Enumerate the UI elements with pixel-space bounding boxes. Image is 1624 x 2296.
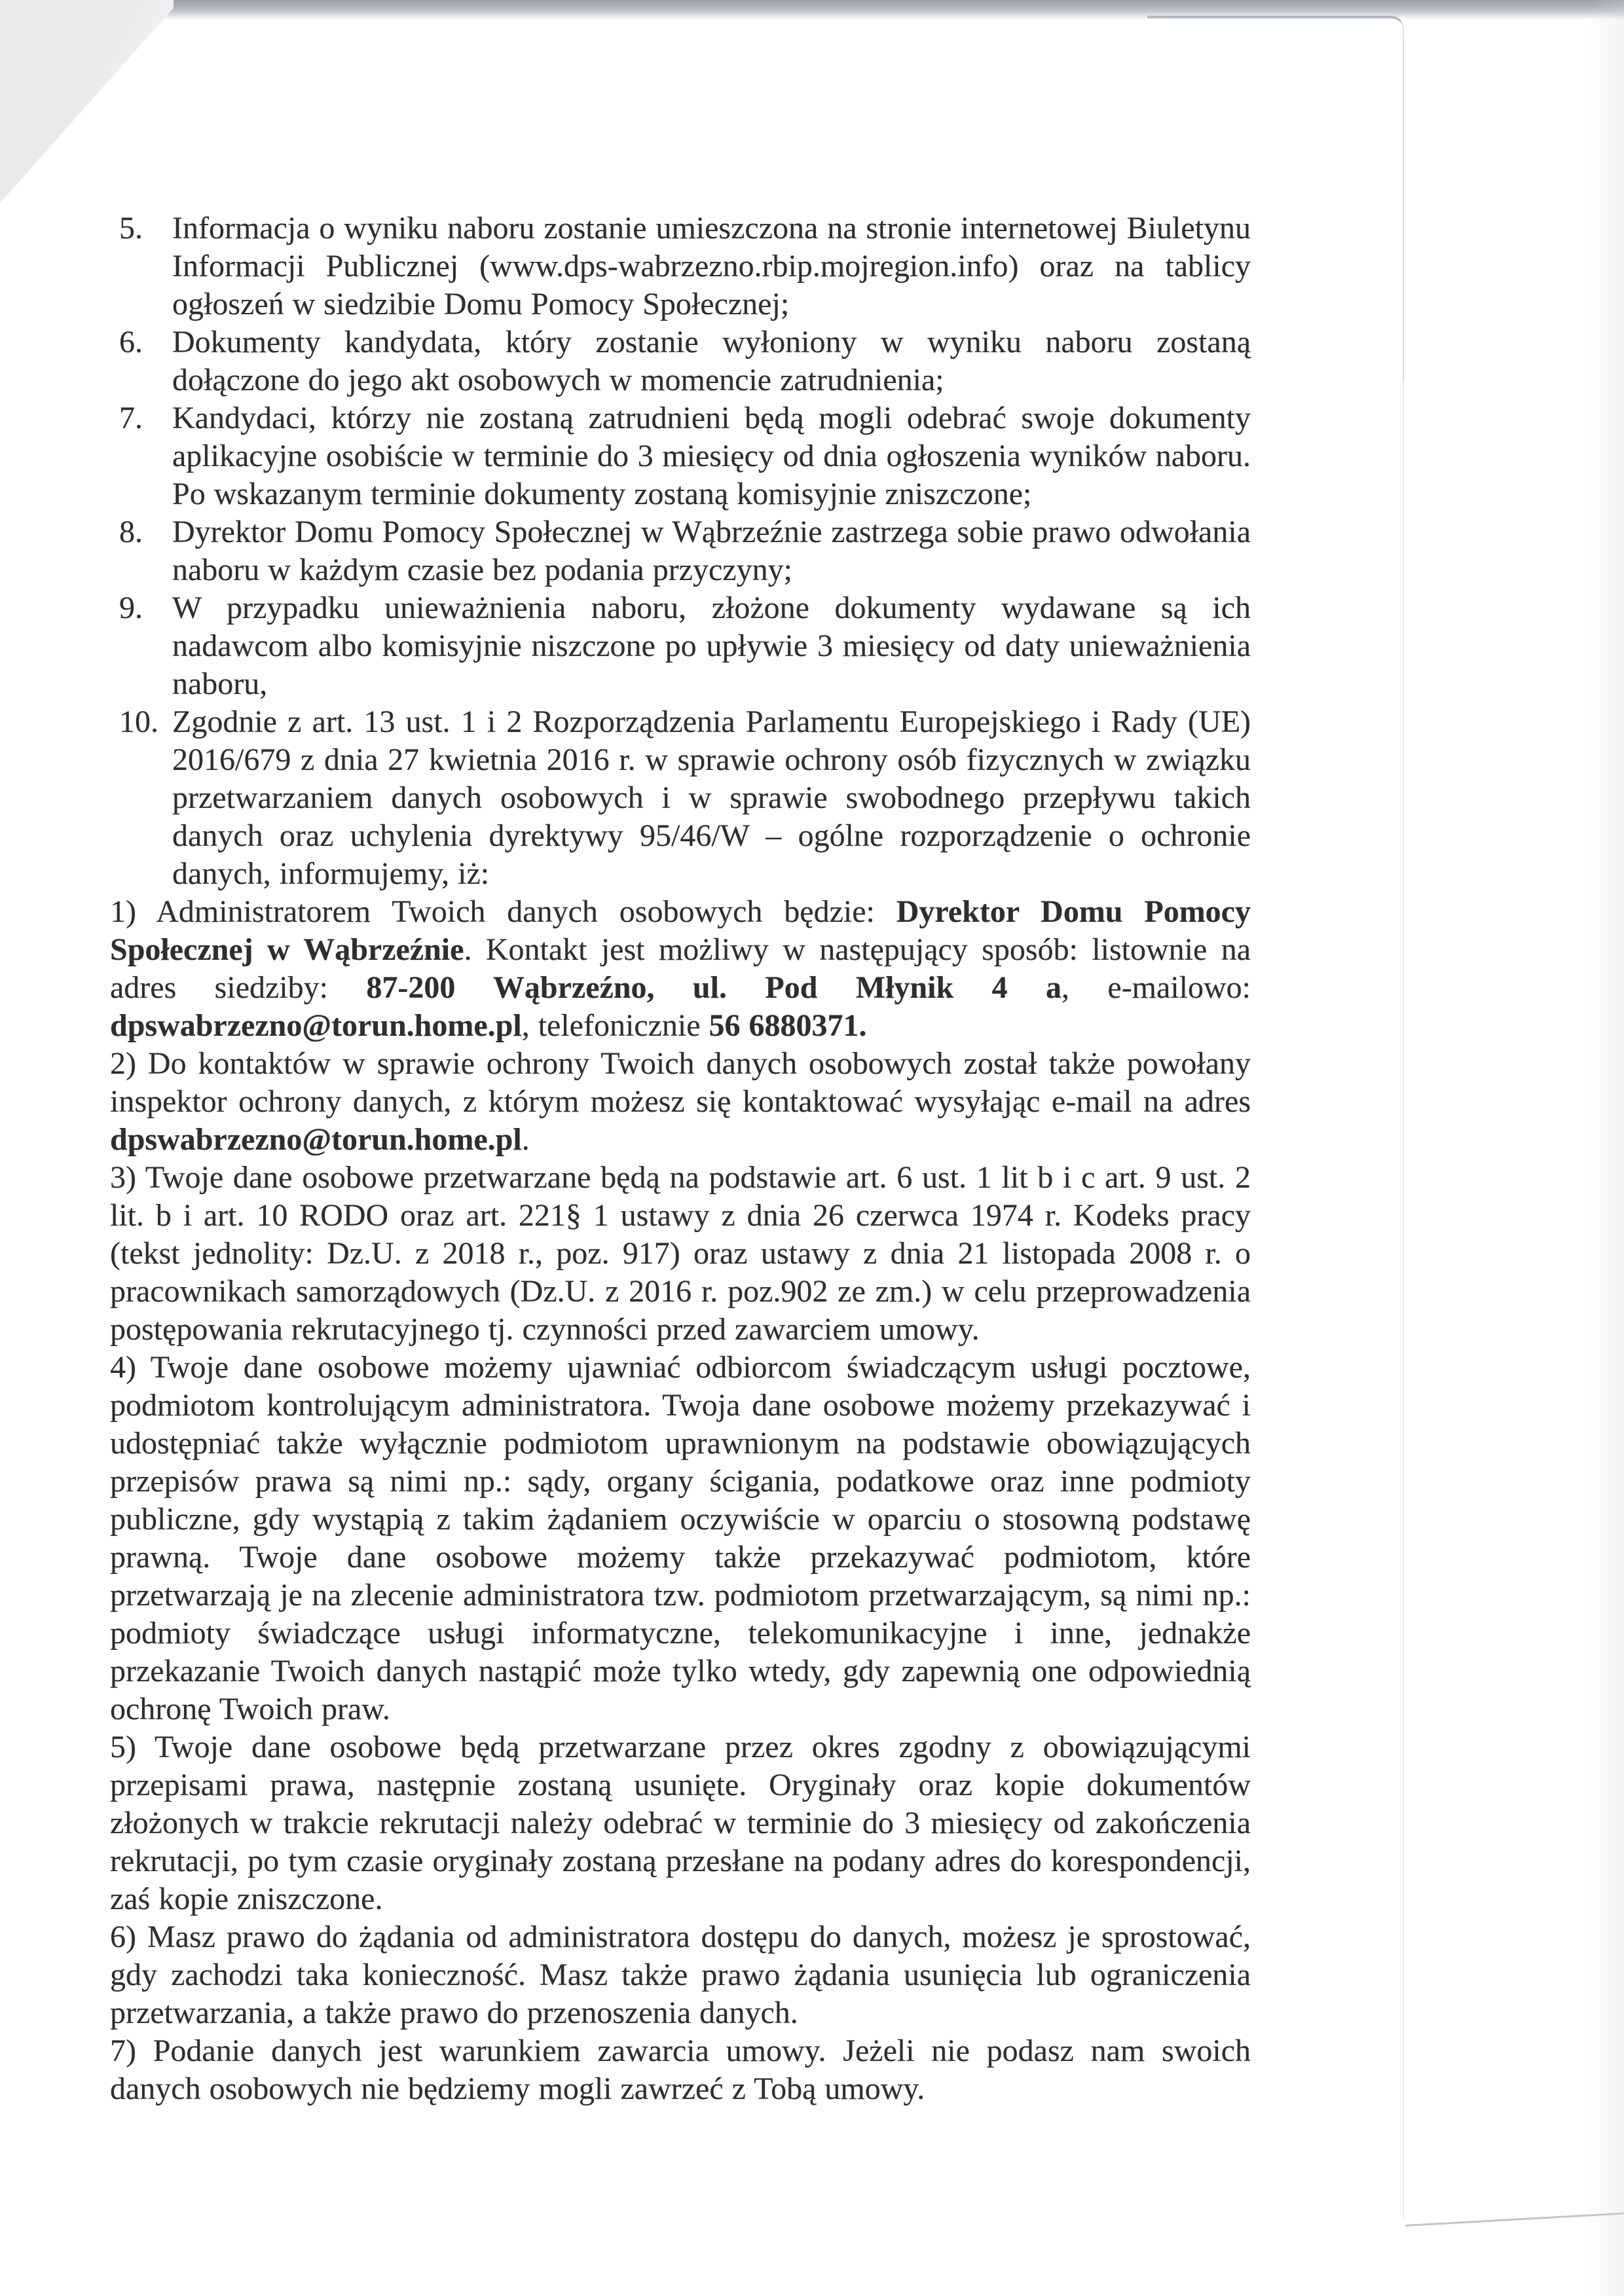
list-item: 8.Dyrektor Domu Pomocy Społecznej w Wąbr… <box>110 513 1251 589</box>
text-segment: 3) Twoje dane osobowe przetwarzane będą … <box>110 1160 1251 1347</box>
list-item-text: W przypadku unieważnienia naboru, złożon… <box>172 589 1251 703</box>
list-item-marker: 7. <box>110 399 172 513</box>
scan-artifact-sheet-edge-line <box>1403 39 1404 2219</box>
text-segment: dpswabrzezno@torun.home.pl <box>110 1122 522 1157</box>
text-segment: 1) Administratorem Twoich danych osobowy… <box>110 894 896 929</box>
text-segment: 56 6880371. <box>709 1008 867 1043</box>
paragraph: 6) Masz prawo do żądania od administrato… <box>110 1918 1251 2032</box>
list-item: 6.Dokumenty kandydata, który zostanie wy… <box>110 323 1251 399</box>
paragraph-list: 1) Administratorem Twoich danych osobowy… <box>110 893 1251 2108</box>
paragraph: 3) Twoje dane osobowe przetwarzane będą … <box>110 1159 1251 1349</box>
paragraph: 1) Administratorem Twoich danych osobowy… <box>110 893 1251 1045</box>
text-segment: 5) Twoje dane osobowe będą przetwarzane … <box>110 1730 1251 1916</box>
text-segment: , telefonicznie <box>522 1008 709 1043</box>
list-item-text: Kandydaci, którzy nie zostaną zatrudnien… <box>172 399 1251 513</box>
paragraph: 4) Twoje dane osobowe możemy ujawniać od… <box>110 1349 1251 1728</box>
text-segment: , e-mailowo: <box>1061 970 1251 1005</box>
list-item-text: Informacja o wyniku naboru zostanie umie… <box>172 210 1251 323</box>
list-item: 5.Informacja o wyniku naboru zostanie um… <box>110 210 1251 323</box>
document-body: 5.Informacja o wyniku naboru zostanie um… <box>110 210 1251 2108</box>
list-item-marker: 9. <box>110 589 172 703</box>
list-item: 7.Kandydaci, którzy nie zostaną zatrudni… <box>110 399 1251 513</box>
text-segment: 4) Twoje dane osobowe możemy ujawniać od… <box>110 1350 1251 1726</box>
list-item-text: Dokumenty kandydata, który zostanie wyło… <box>172 323 1251 399</box>
numbered-list: 5.Informacja o wyniku naboru zostanie um… <box>110 210 1251 893</box>
paragraph: 7) Podanie danych jest warunkiem zawarci… <box>110 2032 1251 2108</box>
list-item-marker: 5. <box>110 210 172 323</box>
list-item: 9.W przypadku unieważnienia naboru, złoż… <box>110 589 1251 703</box>
text-segment: 2) Do kontaktów w sprawie ochrony Twoich… <box>110 1046 1251 1119</box>
list-item-text: Dyrektor Domu Pomocy Społecznej w Wąbrze… <box>172 513 1251 589</box>
text-segment: . <box>522 1122 530 1157</box>
list-item: 10.Zgodnie z art. 13 ust. 1 i 2 Rozporzą… <box>110 703 1251 893</box>
scan-artifact-right-shade <box>1588 0 1624 2296</box>
list-item-marker: 8. <box>110 513 172 589</box>
scanned-page: { "document": { "numbered_items": [ { "m… <box>0 0 1624 2296</box>
text-segment: 7) Podanie danych jest warunkiem zawarci… <box>110 2033 1251 2106</box>
text-segment: 6) Masz prawo do żądania od administrato… <box>110 1920 1251 2030</box>
text-segment: 87-200 Wąbrzeźno, ul. Pod Młynik 4 a <box>366 970 1061 1005</box>
text-segment: dpswabrzezno@torun.home.pl <box>110 1008 522 1043</box>
paragraph: 2) Do kontaktów w sprawie ochrony Twoich… <box>110 1045 1251 1159</box>
list-item-text: Zgodnie z art. 13 ust. 1 i 2 Rozporządze… <box>172 703 1251 893</box>
list-item-marker: 10. <box>110 703 172 893</box>
scan-artifact-folded-corner <box>0 0 177 206</box>
paragraph: 5) Twoje dane osobowe będą przetwarzane … <box>110 1728 1251 1918</box>
list-item-marker: 6. <box>110 323 172 399</box>
